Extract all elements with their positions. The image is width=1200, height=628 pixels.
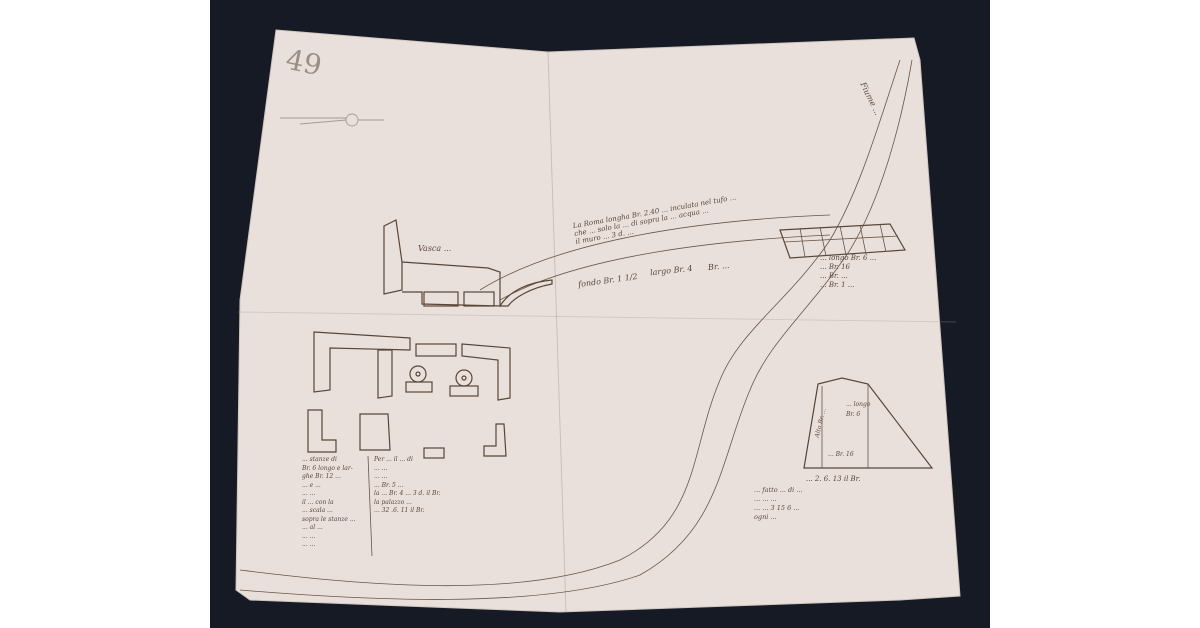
bottom-right-note: ... fatto ... di ... ... ... ... ... ...… — [754, 486, 954, 522]
folio-number: 49 — [283, 43, 325, 83]
left-column-note: ... stanze di Br. 6 longo e lar- ghe Br.… — [302, 456, 368, 550]
middle-column-note: Per ... il ... di ... ... ... ... ... Br… — [374, 456, 502, 516]
building-top-label: Vasca ... — [418, 244, 451, 254]
triangle-label-top: ... longo Br. 6 — [846, 400, 880, 420]
manuscript-sheet — [0, 0, 1200, 628]
triangle-caption: ... 2. 6. 13 il Br. — [806, 474, 861, 484]
triangle-label-base: ... Br. 16 — [828, 450, 854, 460]
right-grid-note: ... longo Br. 6 ... ... Br. 16 ... Br. .… — [820, 254, 930, 290]
